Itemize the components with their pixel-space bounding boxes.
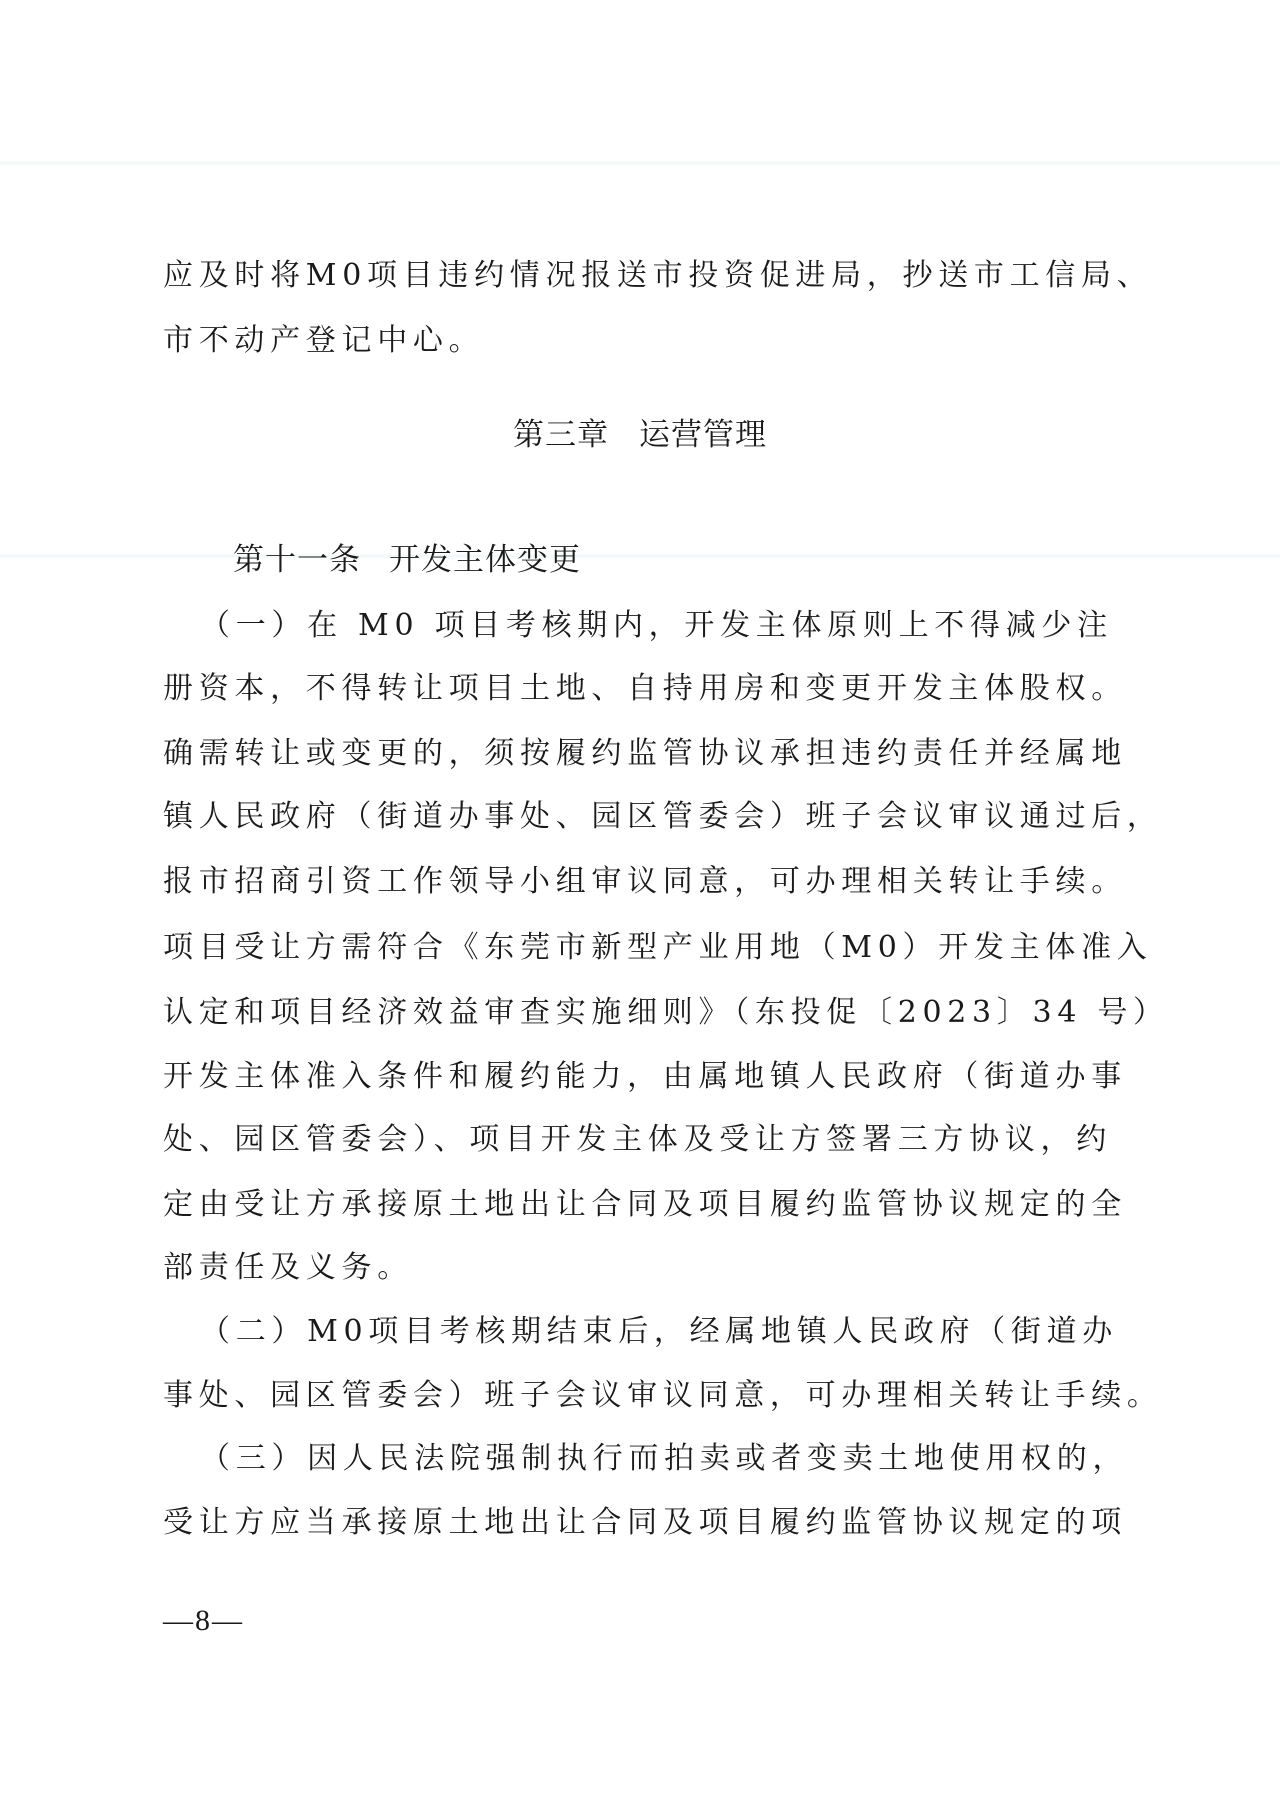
page-number: —8— xyxy=(163,1603,244,1639)
chapter-number: 第三章 xyxy=(513,417,609,453)
paragraph-line: 项目受让方需符合《东莞市新型产业用地（M0）开发主体准入 xyxy=(163,930,1152,966)
article-title: 开发主体变更 xyxy=(389,542,581,578)
paragraph-line: 处、园区管委会）、项目开发主体及受让方签署三方协议，约 xyxy=(163,1122,1112,1158)
paragraph-line: 报市招商引资工作领导小组审议同意，可办理相关转让手续。 xyxy=(163,864,1127,900)
paragraph-line: 定由受让方承接原土地出让合同及项目履约监管协议规定的全 xyxy=(163,1187,1127,1223)
paragraph-line: 开发主体准入条件和履约能力，由属地镇人民政府（街道办事 xyxy=(163,1059,1127,1095)
paragraph-line: （一）在 M0 项目考核期内，开发主体原则上不得减少注 xyxy=(200,608,1113,644)
paragraph-line: 部责任及义务。 xyxy=(163,1250,413,1286)
chapter-title: 运营管理 xyxy=(639,417,767,453)
continuation-line: 应及时将M0项目违约情况报送市投资促进局，抄送市工信局、 xyxy=(163,258,1152,294)
chapter-heading: 第三章运营管理 xyxy=(0,417,1280,453)
paragraph-line: 认定和项目经济效益审查实施细则》（东投促〔2023〕34 号） xyxy=(163,995,1169,1031)
article-number: 第十一条 xyxy=(233,542,361,578)
paragraph-line: 册资本，不得转让项目土地、自持用房和变更开发主体股权。 xyxy=(163,671,1127,707)
scan-artifact-line xyxy=(0,553,1280,559)
paragraph-line: 受让方应当承接原土地出让合同及项目履约监管协议规定的项 xyxy=(163,1505,1127,1541)
paragraph-line: （三）因人民法院强制执行而拍卖或者变卖土地使用权的， xyxy=(200,1441,1128,1477)
paragraph-line: 事处、园区管委会）班子会议审议同意，可办理相关转让手续。 xyxy=(163,1378,1163,1414)
continuation-line: 市不动产登记中心。 xyxy=(163,323,484,359)
scan-artifact-line xyxy=(0,160,1280,166)
article-heading: 第十一条开发主体变更 xyxy=(233,542,581,578)
paragraph-line: 镇人民政府（街道办事处、园区管委会）班子会议审议通过后， xyxy=(163,799,1163,835)
paragraph-line: （二）M0项目考核期结束后，经属地镇人民政府（街道办 xyxy=(200,1314,1118,1350)
paragraph-line: 确需转让或变更的，须按履约监管协议承担违约责任并经属地 xyxy=(163,736,1127,772)
